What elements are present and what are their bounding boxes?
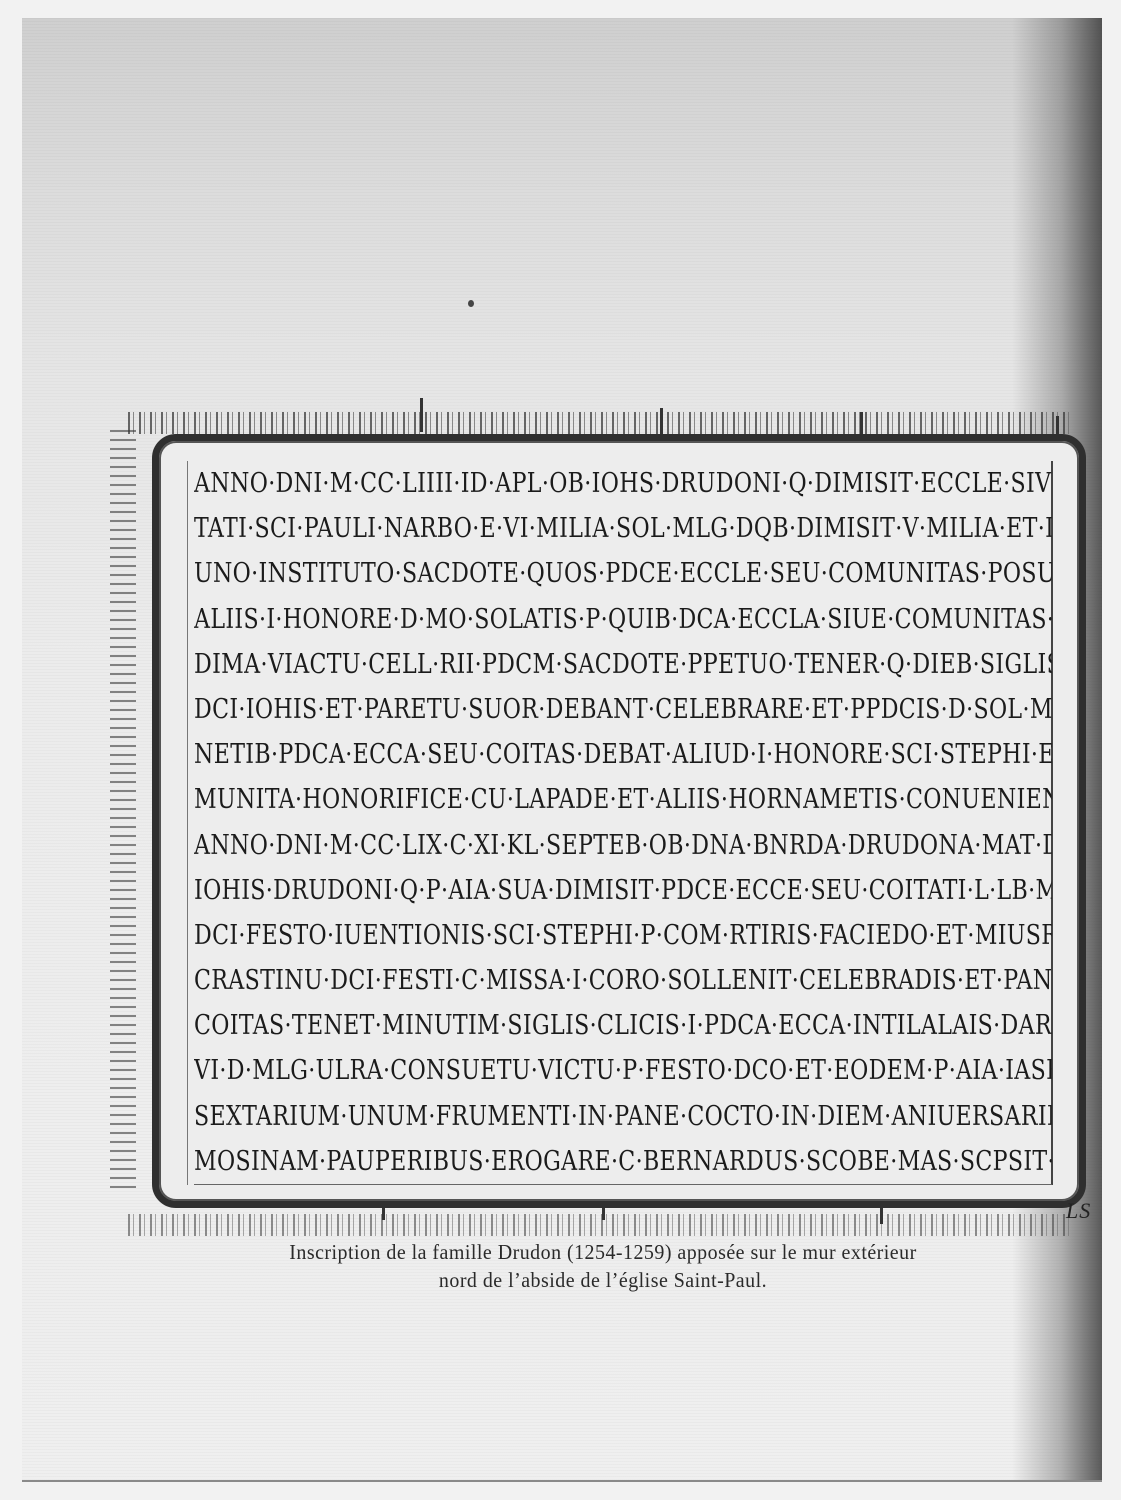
plate-left-border-texture bbox=[110, 428, 136, 1188]
inscription-line: ANNO·DNI·M·CC·LIX·C·XI·KL·SEPTEB·OB·DNA·… bbox=[194, 823, 1051, 868]
inscription-line: ANNO·DNI·M·CC·LIIII·ID·APL·OB·IOHS·DRUDO… bbox=[194, 461, 1051, 506]
inscription-line: NETIB·PDCA·ECCA·SEU·COITAS·DEBAT·ALIUD·I… bbox=[194, 732, 1051, 777]
inscription-line: TATI·SCI·PAULI·NARBO·E·VI·MILIA·SOL·MLG·… bbox=[194, 506, 1051, 551]
frame-tick bbox=[420, 398, 423, 432]
frame-tick bbox=[860, 412, 863, 436]
inscription-line: DIMA·VIACTU·CELL·RII·PDCM·SACDOTE·PPETUO… bbox=[194, 642, 1051, 687]
artist-monogram: LS bbox=[1066, 1198, 1091, 1224]
figure-caption: Inscription de la famille Drudon (1254-1… bbox=[144, 1238, 1062, 1294]
inscription-line: IOHIS·DRUDONI·Q·P·AIA·SUA·DIMISIT·PDCE·E… bbox=[194, 868, 1051, 913]
caption-line-2: nord de l’abside de l’église Saint-Paul. bbox=[144, 1266, 1062, 1294]
inscription-line: VI·D·MLG·ULRA·CONSUETU·VICTU·P·FESTO·DCO… bbox=[194, 1048, 1051, 1093]
paper-speck bbox=[468, 300, 474, 307]
inscription-line: MOSINAM·PAUPERIBUS·EROGARE·C·BERNARDUS·S… bbox=[194, 1139, 1051, 1185]
inscription-line: ALIIS·I·HONORE·D·MO·SOLATIS·P·QUIB·DCA·E… bbox=[194, 597, 1051, 642]
inscription-line: SEXTARIUM·UNUM·FRUMENTI·IN·PANE·COCTO·IN… bbox=[194, 1094, 1051, 1139]
frame-tick bbox=[660, 408, 663, 434]
inscription-line: UNO·INSTITUTO·SACDOTE·QUOS·PDCE·ECCLE·SE… bbox=[194, 551, 1051, 596]
inscription-line: CRASTINU·DCI·FESTI·C·MISSA·I·CORO·SOLLEN… bbox=[194, 958, 1051, 1003]
inscription-line: DCI·FESTO·IUENTIONIS·SCI·STEPHI·P·COM·RT… bbox=[194, 913, 1051, 958]
plate-top-border-texture bbox=[128, 412, 1073, 434]
inscription-plate: ANNO·DNI·M·CC·LIIII·ID·APL·OB·IOHS·DRUDO… bbox=[118, 418, 1093, 1218]
inscription-line: MUNITA·HONORIFICE·CU·LAPADE·ET·ALIIS·HOR… bbox=[194, 777, 1051, 822]
plate-frame: ANNO·DNI·M·CC·LIIII·ID·APL·OB·IOHS·DRUDO… bbox=[152, 434, 1086, 1208]
inscription-text-block: ANNO·DNI·M·CC·LIIII·ID·APL·OB·IOHS·DRUDO… bbox=[187, 461, 1053, 1185]
inscription-line: COITAS·TENET·MINUTIM·SIGLIS·CLICIS·I·PDC… bbox=[194, 1003, 1051, 1048]
caption-line-1: Inscription de la famille Drudon (1254-1… bbox=[144, 1238, 1062, 1266]
plate-bottom-border-texture bbox=[128, 1214, 1073, 1236]
inscription-line: DCI·IOHIS·ET·PARETU·SUOR·DEBANT·CELEBRAR… bbox=[194, 687, 1051, 732]
